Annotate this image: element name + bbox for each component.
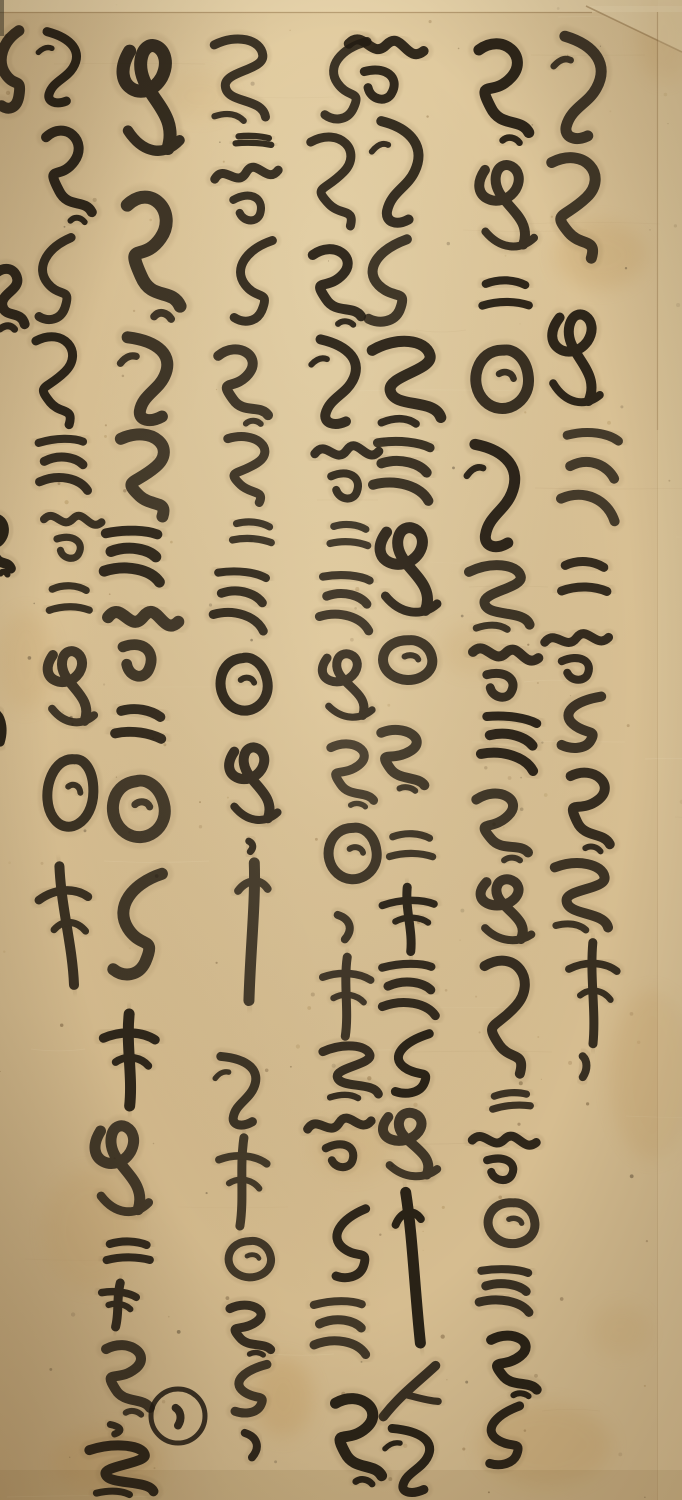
vignette bbox=[0, 0, 682, 1500]
calligraphy-scroll bbox=[0, 0, 682, 1500]
calligraphy-artwork bbox=[0, 0, 682, 1500]
